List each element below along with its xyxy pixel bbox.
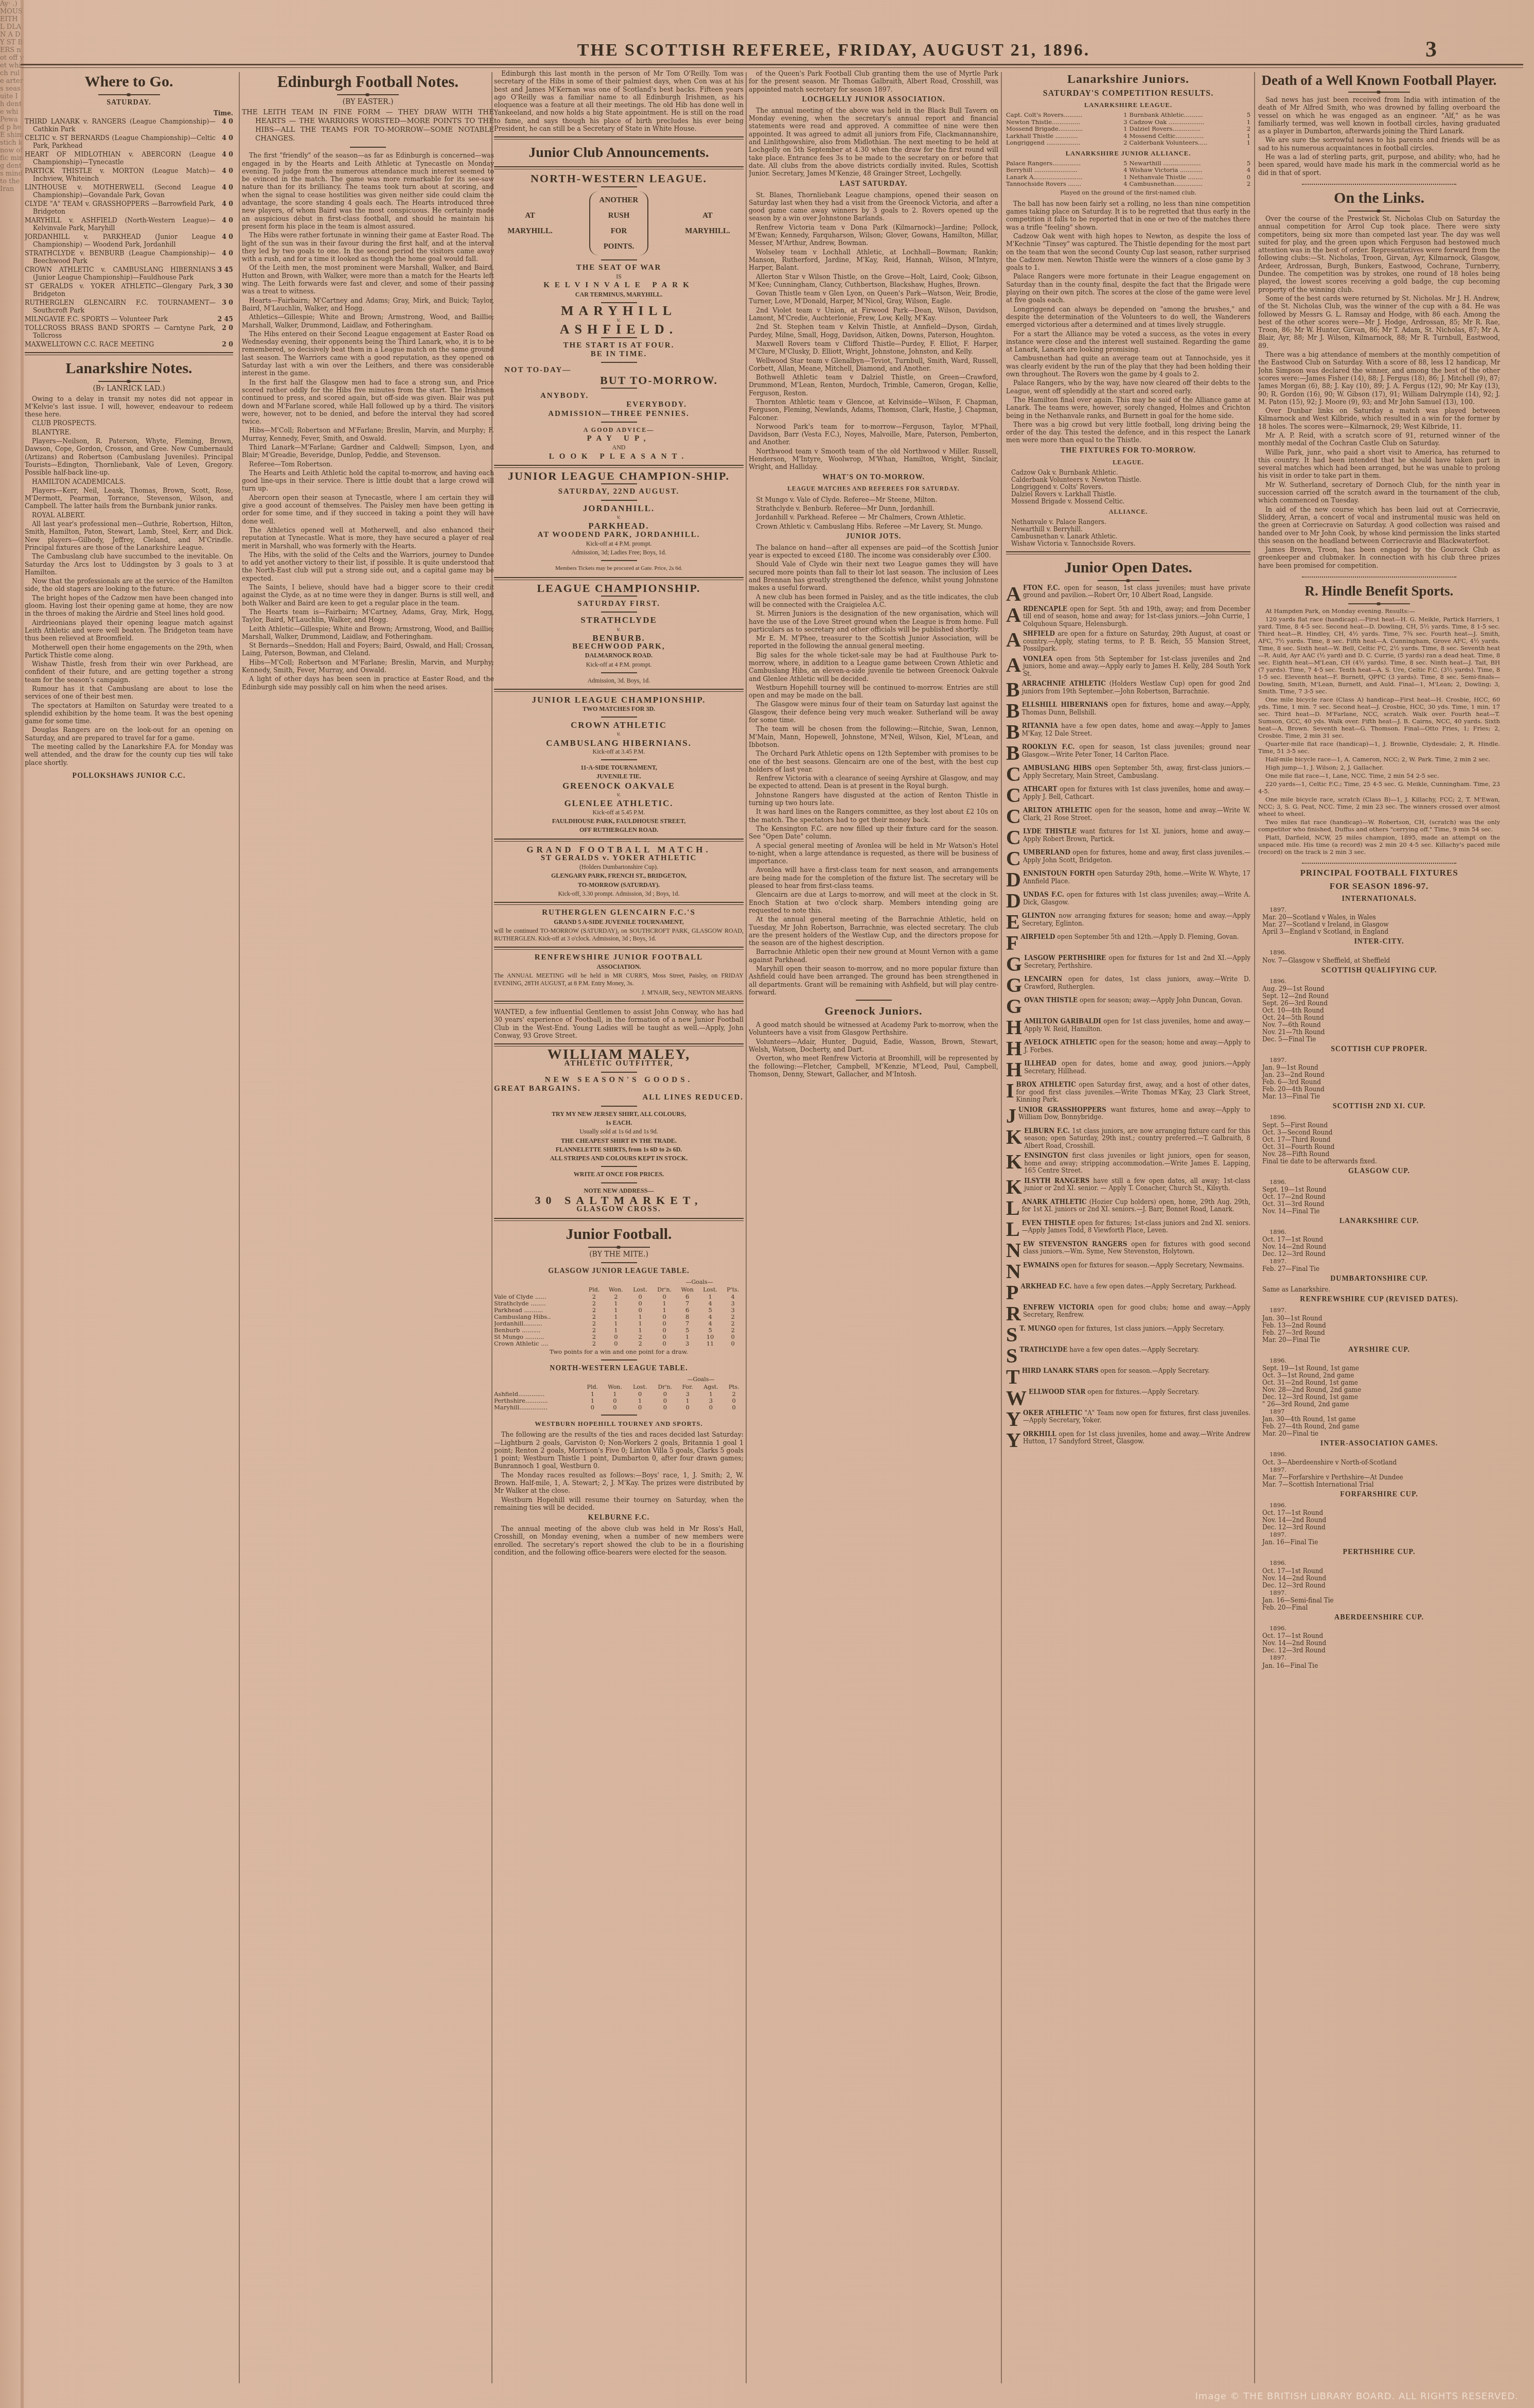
- table-row: Parkhead ..........2101653: [494, 1307, 744, 1314]
- away-team: Mossend Celtic...............: [1130, 133, 1241, 140]
- article-paragraph: Johnstone Rangers have disgusted at the …: [749, 791, 998, 807]
- ad-text: Kick-off, 3.30 prompt. Admission, 3d ; B…: [494, 890, 744, 898]
- fixture-row: MARYHILL v. ASHFIELD (North-Western Leag…: [25, 216, 233, 232]
- fixture-year: 1897.: [1258, 1258, 1500, 1265]
- open-date-entry: HILLHEAD open for dates, home and away, …: [1006, 1060, 1250, 1078]
- fixture-text: MILNGAVIE F.C. SPORTS — Volunteer Park: [33, 315, 216, 323]
- fixture-row: Mar. 7—Forfarshire v Perthshire—At Dunde…: [1258, 1474, 1500, 1481]
- away-score: 2: [1242, 126, 1250, 133]
- table-cell: 2: [585, 1300, 604, 1307]
- entry-text: open for fixtures with 1st class juvenil…: [1023, 786, 1250, 800]
- wavy-divider: [1302, 573, 1456, 578]
- article-paragraph: The team will be chosen from the followi…: [749, 725, 998, 748]
- fixture-section-heading: RENFREWSHIRE CUP (REVISED DATES).: [1258, 1295, 1500, 1304]
- club-name: ELLWOOD STAR: [1029, 1388, 1085, 1395]
- article-paragraph: Overton, who meet Renfrew Victoria at Br…: [749, 1054, 998, 1078]
- fixture-row: PARTICK THISTLE v. MORTON (League Match)…: [25, 167, 233, 182]
- ad-venue: GLENGARY PARK, FRENCH ST., BRIDGETON,: [494, 872, 744, 880]
- article-paragraph: Of the Leith men, the most prominent wer…: [242, 264, 494, 295]
- home-score: 1: [1119, 126, 1127, 133]
- fixture-row: Jan. 30—1st Round: [1258, 1315, 1500, 1322]
- club-name: HIRD LANARK STARS: [1022, 1367, 1099, 1374]
- entry-text: have a few open dates.—Apply Secretary.: [1069, 1346, 1199, 1353]
- article-paragraph: The annual meeting of the above club was…: [494, 1525, 744, 1556]
- divider: [601, 1106, 637, 1107]
- divider: [601, 500, 637, 501]
- open-date-entry: CATHCART open for fixtures with 1st clas…: [1006, 786, 1250, 804]
- open-date-entry: THIRD LANARK STARS open for season.—Appl…: [1006, 1367, 1250, 1386]
- ad-text: OFF RUTHERGLEN ROAD.: [494, 826, 744, 834]
- article-paragraph: Thornton Athletic team v Glencoe, at Kel…: [749, 398, 998, 422]
- spacer: [494, 1278, 585, 1286]
- ad-text: AND: [494, 444, 744, 451]
- drop-cap: N: [1006, 1242, 1021, 1259]
- fixture-year: 1896.: [1258, 1357, 1500, 1365]
- fixture-row: Oct. 3—Aberdeenshire v North-of-Scotland: [1258, 1459, 1500, 1466]
- divider: [856, 1000, 892, 1001]
- fixture-year: 1896.: [1258, 1559, 1500, 1567]
- wanted-notice: WANTED, a few influential Gentlemen to a…: [494, 1008, 744, 1039]
- entry-text: open for season; away.—Apply John Duncan…: [1080, 997, 1242, 1004]
- drop-cap: Y: [1006, 1410, 1021, 1428]
- article-paragraph: The first "friendly" of the season—as fa…: [242, 151, 494, 230]
- ad-text: 1s EACH.: [494, 1119, 744, 1127]
- club-name: UNDAS F.C.: [1023, 891, 1064, 898]
- team-name: Benburb ..........: [494, 1327, 585, 1334]
- fixture-text: HEART OF MIDLOTHIAN v. ABERCORN (League …: [33, 150, 216, 166]
- open-date-entry: CARLTON ATHLETIC open for the season, ho…: [1006, 807, 1250, 825]
- open-date-entry: GOVAN THISTLE open for season; away.—App…: [1006, 997, 1250, 1015]
- article-body: The following are the results of the tie…: [494, 1430, 744, 1511]
- ad-text: BE IN TIME.: [494, 351, 744, 358]
- drop-cap: S: [1006, 1326, 1017, 1343]
- article-paragraph: Players—Neilson, R. Paterson, Whyte, Fle…: [25, 437, 233, 476]
- table-cell: 5: [698, 1327, 722, 1334]
- fixture-row: CELTIC v. ST BERNARDS (League Championsh…: [25, 134, 233, 149]
- fixture-row: Nov. 14—2nd Round: [1258, 1516, 1500, 1524]
- table-row: Crown Athletic ....20203110: [494, 1340, 744, 1347]
- drop-cap: G: [1006, 976, 1022, 994]
- fixture-year: 1896.: [1258, 1113, 1500, 1121]
- entry-text: open for 1st class juveniles, home and a…: [1023, 1430, 1250, 1445]
- ad-text: A GOOD ADVICE—: [494, 426, 744, 434]
- club-name: UMBERLAND: [1023, 849, 1070, 856]
- junior-league-two-matches-ad: JUNIOR LEAGUE CHAMPIONSHIP. TWO MATCHES …: [494, 696, 744, 834]
- club-name: ELLSHILL HIBERNIANS: [1022, 701, 1108, 708]
- fixture-time: 4 0: [216, 150, 233, 166]
- article-paragraph: Sad news has just been received from Ind…: [1258, 96, 1500, 135]
- open-date-entry: KENSINGTON first class juveniles or ligh…: [1006, 1152, 1250, 1175]
- entry-text: open from 5th September for 1st-class ju…: [1023, 655, 1250, 677]
- open-date-entry: IBROX ATHLETIC open Saturday first, away…: [1006, 1081, 1250, 1104]
- fixture-text: CLYDE "A" TEAM v. GRASSHOPPERS —Barrowfi…: [33, 200, 216, 215]
- ad-text: 11-A-SIDE TOURNAMENT,: [494, 764, 744, 772]
- fixture-section-heading: LANARKSHIRE CUP.: [1258, 1217, 1500, 1226]
- article-paragraph: Palace Rangers were more fortunate in th…: [1006, 272, 1250, 304]
- ad-text: AT: [672, 208, 744, 223]
- drop-cap: A: [1006, 606, 1021, 624]
- renfrewshire-jfa-ad: RENFREWSHIRE JUNIOR FOOTBALL ASSOCIATION…: [494, 954, 744, 996]
- ad-text: POINTS.: [600, 239, 639, 254]
- section-subheading: LEAGUE.: [1006, 458, 1250, 467]
- open-date-entry: AVONLEA open from 5th September for 1st-…: [1006, 655, 1250, 678]
- fixture-time: 3 30: [216, 282, 233, 298]
- fixture-row: Nov. 28—2nd Round, 2nd game: [1258, 1386, 1500, 1393]
- fixture-row: Final tie date to be afterwards fixed.: [1258, 1158, 1500, 1165]
- section-subheading: SATURDAY'S COMPETITION RESULTS.: [1006, 89, 1250, 98]
- fixture-time: 4 0: [216, 117, 233, 133]
- fixture-row: Same as Lanarkshire.: [1258, 1286, 1500, 1293]
- article-paragraph: The Saints, I believe, should have had a…: [242, 583, 494, 607]
- article-paragraph: Jordanhill v. Parkhead. Referee — Mr Cha…: [749, 513, 998, 521]
- article-paragraph: Motherwell open their home engagements o…: [25, 643, 233, 659]
- away-team: Newarthill ....................: [1130, 160, 1241, 167]
- article-paragraph: The annual meeting of the above was held…: [749, 107, 998, 178]
- table-cell: 0: [722, 1340, 744, 1347]
- fixture-row: Feb. 27—4th Round, 2nd game: [1258, 1423, 1500, 1430]
- fixture-section-heading: SCOTTISH CUP PROPER.: [1258, 1045, 1500, 1054]
- table-cell: 0: [653, 1404, 678, 1411]
- fixture-row: April 3—England v Scotland, in England: [1258, 928, 1500, 935]
- article-paragraph: Avonlea will have a first-class team for…: [749, 866, 998, 889]
- table-cell: 1: [653, 1307, 677, 1314]
- club-name: ENSINGTON: [1024, 1152, 1068, 1159]
- divider: [601, 1262, 637, 1263]
- article-paragraph: The balance on hand—after all expenses a…: [749, 544, 998, 560]
- ad-text: Admission, 3d; Ladies Free; Boys, 1d.: [494, 549, 744, 556]
- table-cell: 1: [628, 1314, 653, 1320]
- fixture-row: Jan. 9—1st Round: [1258, 1064, 1500, 1071]
- fixture-row: Cambusnethan v. Lanark Athletic.: [1006, 533, 1250, 540]
- team-name: Strathclyde ........: [494, 1300, 585, 1307]
- fixture-row: Feb. 20—4th Round: [1258, 1086, 1500, 1093]
- open-date-entry: LANARK ATHLETIC (Hozier Cup holders) ope…: [1006, 1198, 1250, 1217]
- article-paragraph: Govan Thistle team v Glen Lyon, on Queen…: [749, 289, 998, 305]
- ad-text: CAR TERMINUS, MARYHILL.: [494, 291, 744, 299]
- fixture-row: Oct. 17—1st Round: [1258, 1567, 1500, 1575]
- byline: (By LANRICK LAD.): [25, 385, 233, 393]
- fixture-year: 1896.: [1258, 1228, 1500, 1236]
- team-name: Cambuslang Hibs..: [494, 1314, 585, 1320]
- ad-text: ATHLETIC OUTFITTER,: [494, 1060, 744, 1068]
- table-heading: NORTH-WESTERN LEAGUE TABLE.: [494, 1364, 744, 1373]
- spacer: [494, 1375, 583, 1383]
- article-paragraph: At Hampden Park, on Monday evening. Resu…: [1258, 607, 1500, 615]
- fixture-time: 3 45: [216, 266, 233, 281]
- club-name: ARLTON ATHLETIC: [1023, 807, 1092, 814]
- table-cell: 2: [628, 1340, 653, 1347]
- article-paragraph: Edinburgh this last month in the person …: [494, 69, 744, 132]
- ad-home-team: MARYHILL: [494, 307, 744, 315]
- fixture-time: 4 0: [216, 134, 233, 149]
- article-paragraph: Cambusnethan had quite an average team o…: [1006, 354, 1250, 378]
- home-score: 4: [1119, 181, 1127, 188]
- section-rule: [1006, 551, 1250, 554]
- ad-address: 30 SALTMARKET,: [494, 1196, 744, 1204]
- fixture-section-heading: PERTHSHIRE CUP.: [1258, 1548, 1500, 1557]
- fixture-row: Nov. 14—2nd Round: [1258, 1243, 1500, 1250]
- ad-text: MARYHILL.: [672, 223, 744, 239]
- fixture-row: Oct. 31—2nd Round, 1st game: [1258, 1379, 1500, 1386]
- ad-text: v.: [494, 730, 744, 738]
- home-team: Capt. Colt's Rovers..........: [1006, 112, 1117, 119]
- fixture-row: Feb. 27—3rd Round: [1258, 1329, 1500, 1336]
- ad-text: v.: [494, 791, 744, 798]
- fixture-year: 1896.: [1258, 1625, 1500, 1632]
- article-paragraph: of the Queen's Park Football Club granti…: [749, 69, 998, 93]
- table-cell: 0: [604, 1334, 628, 1340]
- table-cell: 5: [677, 1327, 698, 1334]
- open-date-entry: BROOKLYN F.C. open for season, 1st class…: [1006, 743, 1250, 762]
- open-date-entry: JUNIOR GRASSHOPPERS want fixtures, home …: [1006, 1106, 1250, 1125]
- entry-text: open for fixtures for season.—Apply Secr…: [1061, 1262, 1244, 1269]
- article-paragraph: A light of other days has been seen in p…: [242, 675, 494, 691]
- article-paragraph: The Kensington F.C. are now filled up th…: [749, 825, 998, 841]
- article-paragraph: 120 yards flat race (handicap).—First he…: [1258, 616, 1500, 695]
- club-name: ARKHEAD F.C.: [1020, 1283, 1071, 1290]
- drop-cap: F: [1006, 934, 1018, 952]
- divider: [601, 672, 637, 673]
- ad-heading: WILLIAM MALEY,: [494, 1051, 744, 1058]
- brace-right: ATMARYHILL.: [672, 208, 744, 239]
- fixture-row: Nov. 21—7th Round: [1258, 1028, 1500, 1036]
- fixture-row: Jan. 16—Semi-final Tie: [1258, 1597, 1500, 1604]
- article-paragraph: We are sure the sorrowful news to his pa…: [1258, 136, 1500, 152]
- table-cell: 1: [628, 1320, 653, 1327]
- fixture-row: Sept. 12—2nd Round: [1258, 992, 1500, 1000]
- spacer: [653, 1278, 677, 1286]
- ornament-divider: [1348, 603, 1410, 604]
- fixture-row: Jan. 30—4th Round, 1st game: [1258, 1416, 1500, 1423]
- fixture-section-heading: SCOTTISH QUALIFYING CUP.: [1258, 966, 1500, 975]
- article-paragraph: St. Blanes, Thornliebank League champion…: [749, 191, 998, 222]
- article-paragraph: Cadzow Oak went with high hopes to Newto…: [1006, 232, 1250, 271]
- spacer: [628, 1278, 653, 1286]
- table-cell: 1: [653, 1300, 677, 1307]
- ad-text: Members Tickets may be procured at Gate.…: [494, 565, 744, 572]
- club-name: SHFIELD: [1023, 630, 1055, 637]
- open-date-entry: PARKHEAD F.C. have a few open dates.—App…: [1006, 1283, 1250, 1301]
- open-date-entry: CLYDE THISTLE want fixtures for 1st XI. …: [1006, 828, 1250, 846]
- divider: [601, 388, 637, 389]
- away-team: Burnbank Athletic..........: [1130, 112, 1241, 119]
- club-name: RITANNIA: [1022, 722, 1058, 729]
- divider: [601, 362, 637, 363]
- ad-heading: LEAGUE CHAMPIONSHIP.: [494, 584, 744, 592]
- table-cell: 2: [585, 1307, 604, 1314]
- article-paragraph: The Hamilton final over again. This may …: [1006, 396, 1250, 420]
- article-paragraph: One mile flat race—1, Lane, NCC. Time, 2…: [1258, 772, 1500, 779]
- drop-cap: K: [1006, 1128, 1022, 1146]
- column-header: Pld.: [583, 1383, 603, 1391]
- section-rule: [494, 465, 744, 468]
- column-header: Won.: [604, 1286, 628, 1294]
- drop-cap: J: [1006, 1107, 1016, 1125]
- fixture-section-heading: SCOTTISH 2ND XI. CUP.: [1258, 1102, 1500, 1111]
- article-paragraph: James Brown, Troon, has been engaged by …: [1258, 546, 1500, 569]
- edinburgh-notes-title: Edinburgh Football Notes.: [242, 73, 494, 91]
- article-paragraph: Douglas Rangers are on the look-out for …: [25, 726, 233, 742]
- open-date-entry: YOKER ATHLETIC "A" Team now open for fix…: [1006, 1409, 1250, 1428]
- section-rule: [494, 1218, 744, 1221]
- section-rule: [494, 136, 744, 139]
- column-header: Lost.: [628, 1286, 653, 1294]
- ad-text: FOR: [600, 223, 639, 239]
- ad-text: MARYHILL.: [494, 223, 566, 239]
- column-header: Lost.: [698, 1286, 722, 1294]
- fixture-year: 1897.: [1258, 1531, 1500, 1539]
- ad-away-team: BENBURB.: [494, 634, 744, 642]
- ad-venue: AT WOODEND PARK, JORDANHILL.: [494, 531, 744, 539]
- ad-text: GREAT BARGAINS.: [494, 1085, 744, 1093]
- club-name: RDENCAPLE: [1023, 605, 1067, 613]
- article-body: St. Blanes, Thornliebank League champion…: [749, 191, 998, 471]
- club-name: LENCAIRN: [1024, 975, 1062, 983]
- away-team: Nethanvale Thistle ........: [1130, 174, 1241, 181]
- fixture-row: JORDANHILL v. PARKHEAD (Junior League Ch…: [25, 233, 233, 248]
- home-score: 4: [1119, 167, 1127, 174]
- article-paragraph: Leith Athletic—Gillespie; White and Brow…: [242, 625, 494, 641]
- open-date-entry: BARRACHNIE ATHLETIC (Holders Westlaw Cup…: [1006, 680, 1250, 699]
- article-paragraph: Renfrew Victoria with a clearance of see…: [749, 774, 998, 790]
- open-date-entry: EGLINTON now arranging fixtures for seas…: [1006, 912, 1250, 931]
- article-paragraph: In aid of the new course which has been …: [1258, 505, 1500, 545]
- hindle-sports-title: R. Hindle Benefit Sports.: [1258, 582, 1500, 600]
- article-paragraph: Volunteers—Adair, Hunter, Duguid, Eadie,…: [749, 1038, 998, 1054]
- open-date-entry: GLENCAIRN open for dates, 1st class juni…: [1006, 975, 1250, 994]
- column-header: Won: [677, 1286, 698, 1294]
- drop-cap: H: [1006, 1019, 1022, 1036]
- article-paragraph: Westburn Hopehill will resume their tour…: [494, 1496, 744, 1512]
- fixture-list: THIRD LANARK v. RANGERS (League Champion…: [25, 117, 233, 348]
- time-header: Time.: [25, 110, 233, 117]
- club-name: ENNISTOUN FORTH: [1023, 870, 1095, 877]
- open-date-entry: KELBURN F.C. 1st class juniors, are now …: [1006, 1127, 1250, 1150]
- ad-text: THE SEAT OF WAR: [494, 264, 744, 272]
- fixture-row: " 26—3rd Round, 2nd game: [1258, 1401, 1500, 1408]
- table-cell: 1: [628, 1327, 653, 1334]
- column-divider: [1001, 72, 1002, 2383]
- where-to-go-title: Where to Go.: [25, 73, 233, 91]
- fixture-text: STRATHCLYDE v. BENBURB (League Champions…: [33, 249, 216, 265]
- article-paragraph: Wellwood Star team v Glenalbyn—Teviot, T…: [749, 357, 998, 373]
- away-team: Dalziel Rovers...............: [1130, 126, 1241, 133]
- table-cell: 0: [627, 1404, 652, 1411]
- away-score: 4: [1242, 167, 1250, 174]
- home-score: 1: [1119, 112, 1127, 119]
- glasgow-league-table: —Goals—Pld.Won.Lost.Dr'n.WonLost.P'ts.Va…: [494, 1278, 744, 1347]
- ad-heading: NORTH-WESTERN LEAGUE.: [494, 175, 744, 182]
- ornament-divider: [337, 94, 399, 95]
- goals-group-label: —Goals—: [677, 1278, 722, 1286]
- table-cell: 0: [628, 1300, 653, 1307]
- article-paragraph: Norwood Park's team for to-morrow—Fergus…: [749, 423, 998, 446]
- club-name: ELBURN F.C.: [1024, 1127, 1070, 1135]
- article-paragraph: Platt, Darfield, NCW, 25 miles champion,…: [1258, 834, 1500, 856]
- club-name: TRATHCLYDE: [1019, 1346, 1067, 1353]
- article-paragraph: The following are the results of the tie…: [494, 1430, 744, 1470]
- club-name: EWMAINS: [1023, 1262, 1059, 1269]
- fixture-row: MAXWELLTOWN C.C. RACE MEETING2 0: [25, 340, 233, 348]
- drop-cap: H: [1006, 1040, 1022, 1057]
- drop-cap: B: [1006, 744, 1020, 762]
- home-score: 4: [1119, 133, 1127, 140]
- fixture-time: 4 0: [216, 216, 233, 232]
- article-paragraph: The Hibs entered on their Second League …: [242, 330, 494, 377]
- divider: [601, 759, 637, 760]
- home-team: Longriggend ..................: [1006, 139, 1117, 147]
- open-date-entry: STRATHCLYDE have a few open dates.—Apply…: [1006, 1346, 1250, 1365]
- article-paragraph: There was a big attendance of members at…: [1258, 351, 1500, 406]
- column-divider: [1254, 72, 1255, 2383]
- article-paragraph: Half-mile bicycle race—1, A. Cameron, NC…: [1258, 756, 1500, 763]
- ad-home-team: CROWN ATHLETIC: [494, 721, 744, 729]
- fixture-year: 1897.: [1258, 1654, 1500, 1662]
- fixture-row: Sept. 26—3rd Round: [1258, 1000, 1500, 1007]
- table-cell: 6: [677, 1307, 698, 1314]
- column-6: Death of a Well Known Football Player. S…: [1258, 69, 1500, 2386]
- drop-cap: C: [1006, 829, 1021, 846]
- article-paragraph: Glencairn are due at Largs to-morrow, an…: [749, 891, 998, 914]
- column-header: Dr'n.: [653, 1286, 677, 1294]
- table-cell: 0: [628, 1307, 653, 1314]
- north-western-league-ad: NORTH-WESTERN LEAGUE. ATMARYHILL. ANOTHE…: [494, 175, 744, 461]
- article-paragraph: Players—Kerr, Neil, Leask, Thomas, Brown…: [25, 486, 233, 510]
- open-dates-list: AFTON F.C. open for season, 1st class ju…: [1006, 584, 1250, 1449]
- junior-football-title: Junior Football.: [494, 1225, 744, 1244]
- table-note: Two points for a win and one point for a…: [494, 1348, 744, 1356]
- home-score: 1: [1119, 174, 1127, 181]
- article-paragraph: The Glasgow were minus four of their tea…: [749, 700, 998, 724]
- table-cell: 1: [604, 1307, 628, 1314]
- where-to-go-day: SATURDAY.: [25, 98, 233, 108]
- ad-text: Kick-off at 4 P.M. prompt.: [494, 661, 744, 669]
- fixture-row: Oct. 31—Fourth Round: [1258, 1143, 1500, 1150]
- table-row: Vale of Clyde ......2200614: [494, 1294, 744, 1300]
- fixture-row: MILNGAVIE F.C. SPORTS — Volunteer Park2 …: [25, 315, 233, 323]
- entry-text: now arranging fixtures for season; home …: [1022, 912, 1250, 927]
- away-team: Calderbank Volunteers.....: [1130, 139, 1241, 147]
- open-date-entry: YORKHILL open for 1st class juveniles, h…: [1006, 1430, 1250, 1449]
- article-paragraph: Over Dunbar links on Saturday a match wa…: [1258, 407, 1500, 430]
- team-name: Maryhill...............: [494, 1404, 583, 1411]
- article-paragraph: The Orchard Park Athletic opens on 12th …: [749, 749, 998, 773]
- club-name: BROX ATHLETIC: [1016, 1081, 1076, 1088]
- fixture-row: Dec. 12—3rd Round, 1st game: [1258, 1393, 1500, 1401]
- article-paragraph: For a start the Alliance may be voted a …: [1006, 330, 1250, 354]
- away-team: Cambusnethan...............: [1130, 181, 1241, 188]
- ad-text: TWO MATCHES FOR 3D.: [494, 705, 744, 713]
- goals-group-label: —Goals—: [678, 1375, 725, 1383]
- brace-block: ATMARYHILL. ANOTHERRUSHFORPOINTS. ATMARY…: [494, 191, 744, 255]
- junior-league-championship-ad: JUNIOR LEAGUE CHAMPION-SHIP. SATURDAY, 2…: [494, 472, 744, 573]
- team-name: Vale of Clyde ......: [494, 1294, 585, 1300]
- section-heading: WHAT'S ON TO-MORROW.: [749, 473, 998, 482]
- fixture-row: Nov. 14—2nd Round: [1258, 1639, 1500, 1647]
- drop-cap: T: [1006, 1368, 1020, 1386]
- table-cell: 0: [604, 1340, 628, 1347]
- article-body: The balance on hand—after all expenses a…: [749, 544, 998, 996]
- fixture-section-heading: GLASGOW CUP.: [1258, 1167, 1500, 1176]
- fixture-row: Newarthill v. Berryhill.: [1006, 526, 1250, 533]
- article-paragraph: The Cambuslang club have succumbed to th…: [25, 552, 233, 576]
- ad-text: ALL LINES REDUCED.: [494, 1094, 744, 1102]
- table-cell: 0: [698, 1404, 725, 1411]
- fixtures-list: INTERNATIONALS.1897.Mar. 20—Scotland v W…: [1258, 895, 1500, 1669]
- fixture-time: 4 0: [216, 233, 233, 248]
- away-score: 2: [1242, 181, 1250, 188]
- article-paragraph: The Hearts team is—Fairbairn; M'Cartney,…: [242, 608, 494, 624]
